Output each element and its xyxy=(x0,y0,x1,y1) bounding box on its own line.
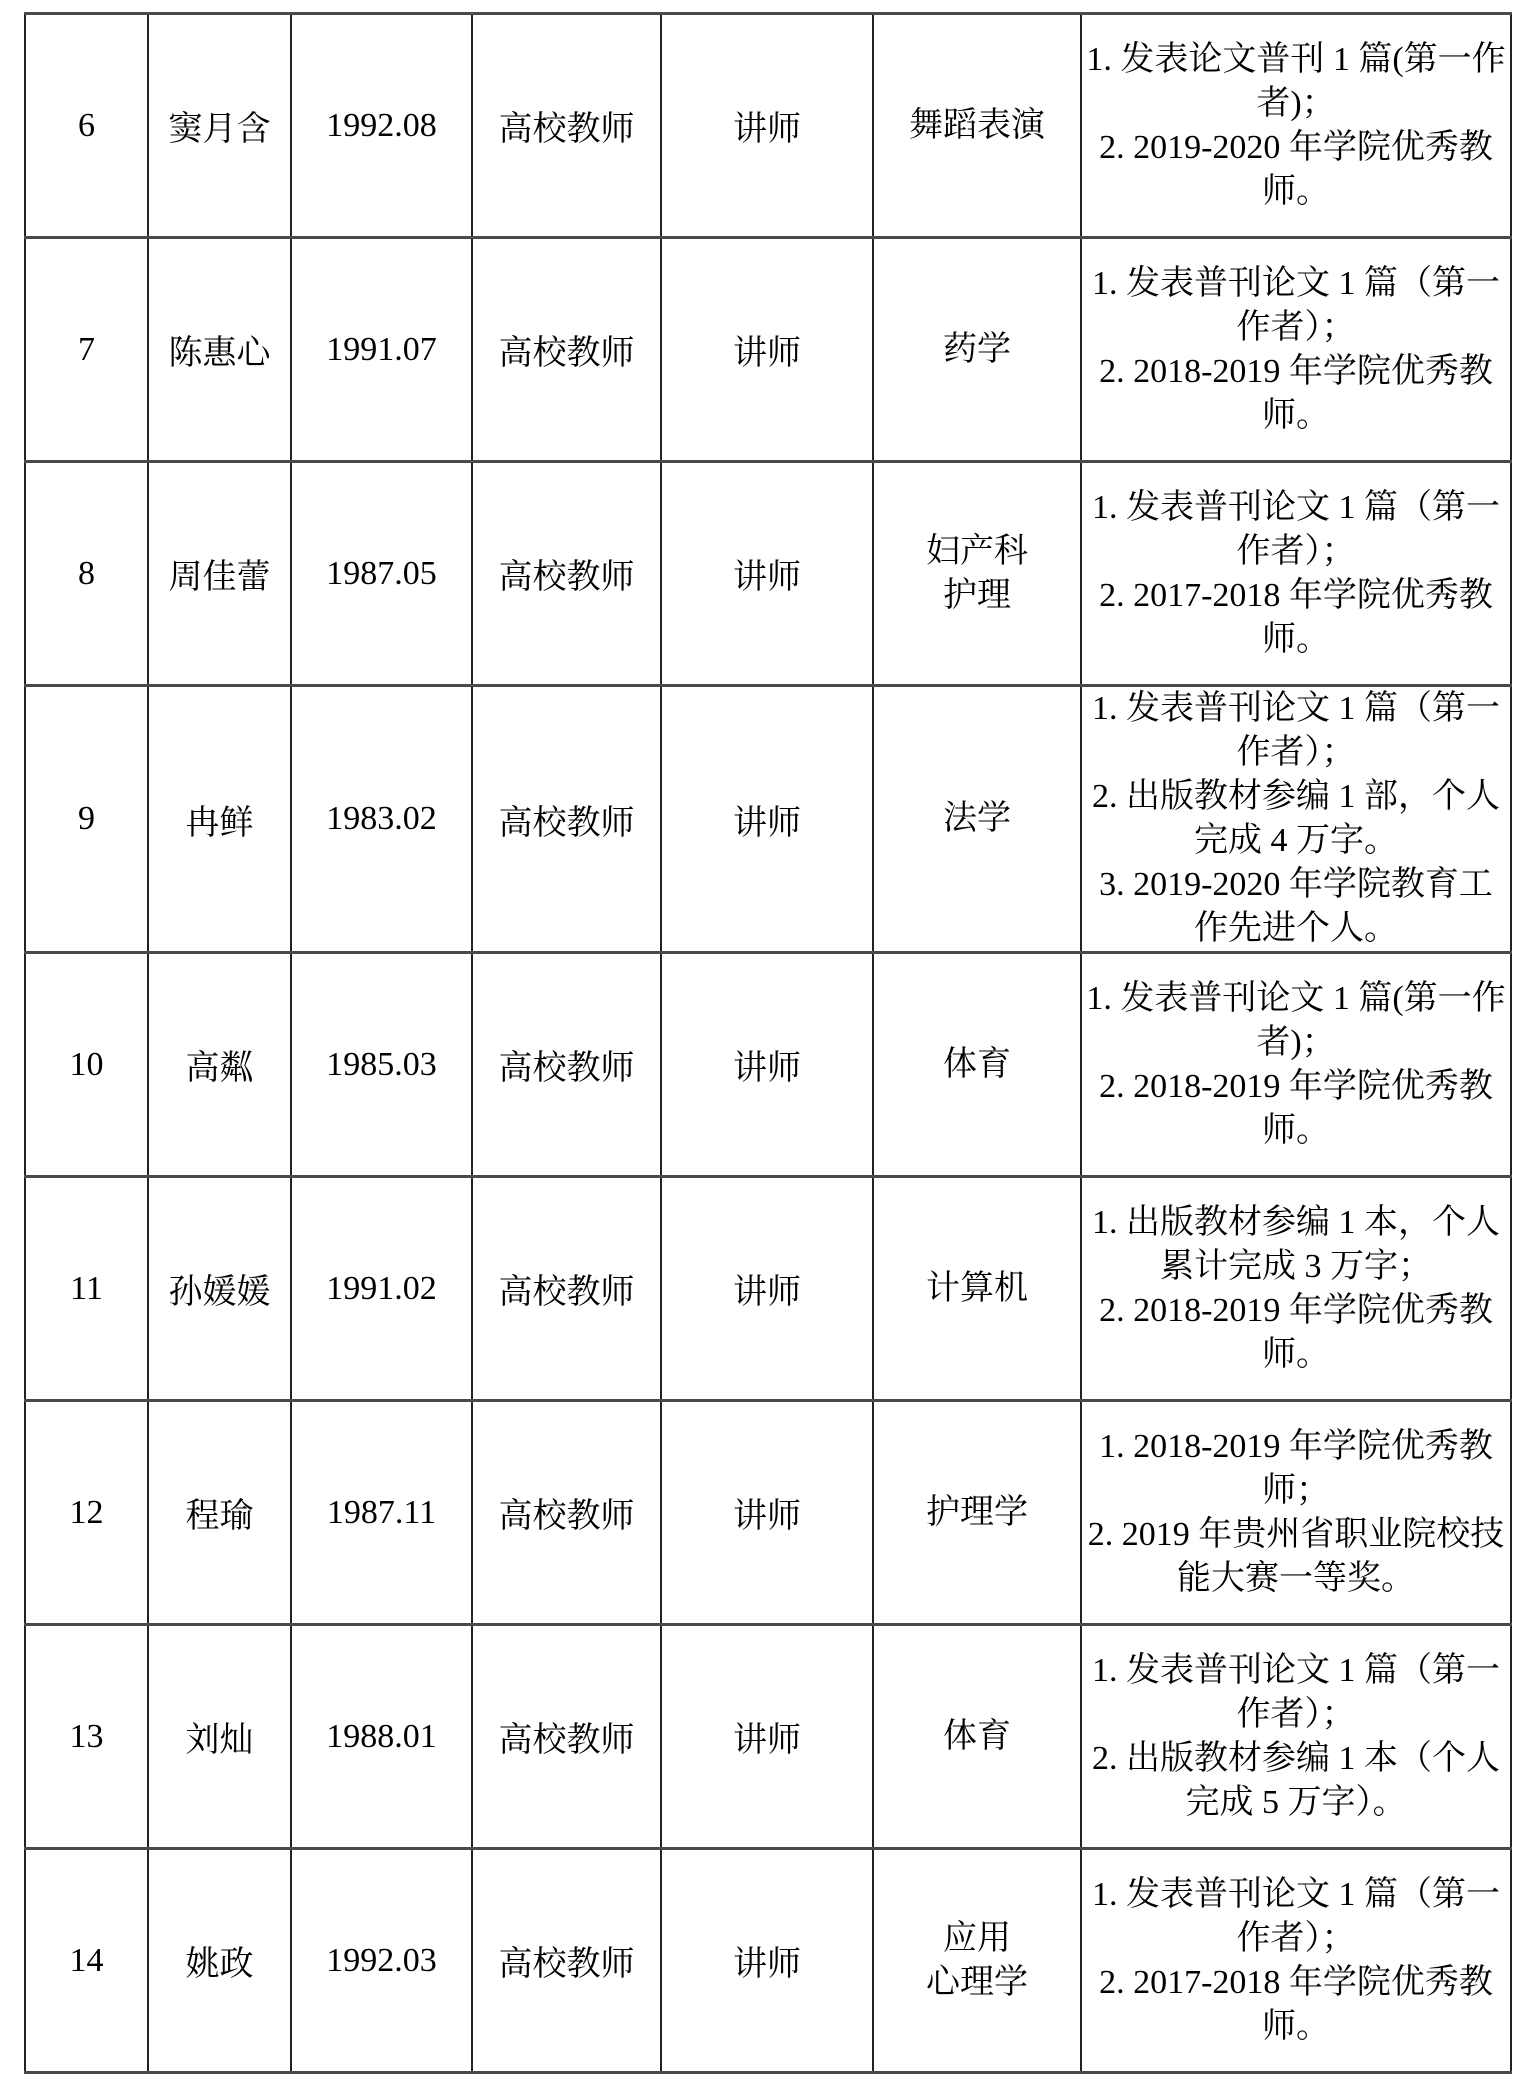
table-row: 8 周佳蕾 1987.05 高校教师 讲师 妇产科 护理 1. 发表普刊论文 1… xyxy=(25,462,1511,686)
cell-subject: 体育 xyxy=(873,953,1081,1177)
cell-birth-date: 1991.02 xyxy=(291,1177,472,1401)
cell-birth-date: 1992.03 xyxy=(291,1849,472,2073)
cell-row-number: 11 xyxy=(25,1177,148,1401)
table-body: 6 窦月含 1992.08 高校教师 讲师 舞蹈表演 1. 发表论文普刊 1 篇… xyxy=(25,14,1511,2073)
cell-job: 高校教师 xyxy=(472,462,661,686)
cell-job: 高校教师 xyxy=(472,1625,661,1849)
cell-row-number: 14 xyxy=(25,1849,148,2073)
cell-achievements: 1. 发表普刊论文 1 篇（第一 作者）； 2. 2017-2018 年学院优秀… xyxy=(1081,462,1511,686)
cell-job: 高校教师 xyxy=(472,686,661,953)
cell-row-number: 8 xyxy=(25,462,148,686)
cell-title: 讲师 xyxy=(661,1401,873,1625)
cell-achievements: 1. 发表普刊论文 1 篇（第一 作者）； 2. 2018-2019 年学院优秀… xyxy=(1081,238,1511,462)
table-row: 11 孙媛媛 1991.02 高校教师 讲师 计算机 1. 出版教材参编 1 本… xyxy=(25,1177,1511,1401)
cell-birth-date: 1988.01 xyxy=(291,1625,472,1849)
table-row: 7 陈惠心 1991.07 高校教师 讲师 药学 1. 发表普刊论文 1 篇（第… xyxy=(25,238,1511,462)
table-row: 13 刘灿 1988.01 高校教师 讲师 体育 1. 发表普刊论文 1 篇（第… xyxy=(25,1625,1511,1849)
cell-title: 讲师 xyxy=(661,686,873,953)
cell-row-number: 6 xyxy=(25,14,148,238)
cell-title: 讲师 xyxy=(661,1625,873,1849)
table-row: 14 姚政 1992.03 高校教师 讲师 应用 心理学 1. 发表普刊论文 1… xyxy=(25,1849,1511,2073)
cell-name: 窦月含 xyxy=(148,14,291,238)
cell-title: 讲师 xyxy=(661,238,873,462)
cell-name: 姚政 xyxy=(148,1849,291,2073)
cell-row-number: 7 xyxy=(25,238,148,462)
cell-name: 周佳蕾 xyxy=(148,462,291,686)
cell-name: 刘灿 xyxy=(148,1625,291,1849)
cell-title: 讲师 xyxy=(661,462,873,686)
cell-birth-date: 1987.05 xyxy=(291,462,472,686)
cell-subject: 护理学 xyxy=(873,1401,1081,1625)
cell-achievements: 1. 出版教材参编 1 本，个人 累计完成 3 万字； 2. 2018-2019… xyxy=(1081,1177,1511,1401)
cell-name: 冉鲜 xyxy=(148,686,291,953)
cell-row-number: 12 xyxy=(25,1401,148,1625)
cell-subject: 应用 心理学 xyxy=(873,1849,1081,2073)
cell-job: 高校教师 xyxy=(472,14,661,238)
cell-achievements: 1. 发表普刊论文 1 篇(第一作 者)； 2. 2018-2019 年学院优秀… xyxy=(1081,953,1511,1177)
cell-job: 高校教师 xyxy=(472,1177,661,1401)
cell-name: 陈惠心 xyxy=(148,238,291,462)
cell-achievements: 1. 发表普刊论文 1 篇（第一 作者）； 2. 出版教材参编 1 部，个人 完… xyxy=(1081,686,1511,953)
cell-subject: 妇产科 护理 xyxy=(873,462,1081,686)
cell-row-number: 13 xyxy=(25,1625,148,1849)
cell-birth-date: 1983.02 xyxy=(291,686,472,953)
cell-name: 高粼 xyxy=(148,953,291,1177)
cell-title: 讲师 xyxy=(661,14,873,238)
cell-title: 讲师 xyxy=(661,1849,873,2073)
cell-job: 高校教师 xyxy=(472,1401,661,1625)
cell-birth-date: 1992.08 xyxy=(291,14,472,238)
cell-birth-date: 1985.03 xyxy=(291,953,472,1177)
cell-job: 高校教师 xyxy=(472,238,661,462)
cell-achievements: 1. 发表论文普刊 1 篇(第一作 者)； 2. 2019-2020 年学院优秀… xyxy=(1081,14,1511,238)
cell-job: 高校教师 xyxy=(472,1849,661,2073)
cell-achievements: 1. 发表普刊论文 1 篇（第一 作者）； 2. 出版教材参编 1 本（个人 完… xyxy=(1081,1625,1511,1849)
document-page: 6 窦月含 1992.08 高校教师 讲师 舞蹈表演 1. 发表论文普刊 1 篇… xyxy=(0,0,1517,2083)
teacher-table: 6 窦月含 1992.08 高校教师 讲师 舞蹈表演 1. 发表论文普刊 1 篇… xyxy=(24,12,1512,2074)
table-row: 9 冉鲜 1983.02 高校教师 讲师 法学 1. 发表普刊论文 1 篇（第一… xyxy=(25,686,1511,953)
cell-title: 讲师 xyxy=(661,953,873,1177)
cell-row-number: 10 xyxy=(25,953,148,1177)
cell-subject: 体育 xyxy=(873,1625,1081,1849)
cell-subject: 舞蹈表演 xyxy=(873,14,1081,238)
table-row: 6 窦月含 1992.08 高校教师 讲师 舞蹈表演 1. 发表论文普刊 1 篇… xyxy=(25,14,1511,238)
cell-name: 程瑜 xyxy=(148,1401,291,1625)
cell-subject: 药学 xyxy=(873,238,1081,462)
cell-row-number: 9 xyxy=(25,686,148,953)
cell-title: 讲师 xyxy=(661,1177,873,1401)
cell-name: 孙媛媛 xyxy=(148,1177,291,1401)
cell-subject: 法学 xyxy=(873,686,1081,953)
cell-job: 高校教师 xyxy=(472,953,661,1177)
cell-subject: 计算机 xyxy=(873,1177,1081,1401)
cell-birth-date: 1987.11 xyxy=(291,1401,472,1625)
table-row: 10 高粼 1985.03 高校教师 讲师 体育 1. 发表普刊论文 1 篇(第… xyxy=(25,953,1511,1177)
cell-achievements: 1. 2018-2019 年学院优秀教 师； 2. 2019 年贵州省职业院校技… xyxy=(1081,1401,1511,1625)
cell-birth-date: 1991.07 xyxy=(291,238,472,462)
cell-achievements: 1. 发表普刊论文 1 篇（第一 作者）； 2. 2017-2018 年学院优秀… xyxy=(1081,1849,1511,2073)
table-row: 12 程瑜 1987.11 高校教师 讲师 护理学 1. 2018-2019 年… xyxy=(25,1401,1511,1625)
